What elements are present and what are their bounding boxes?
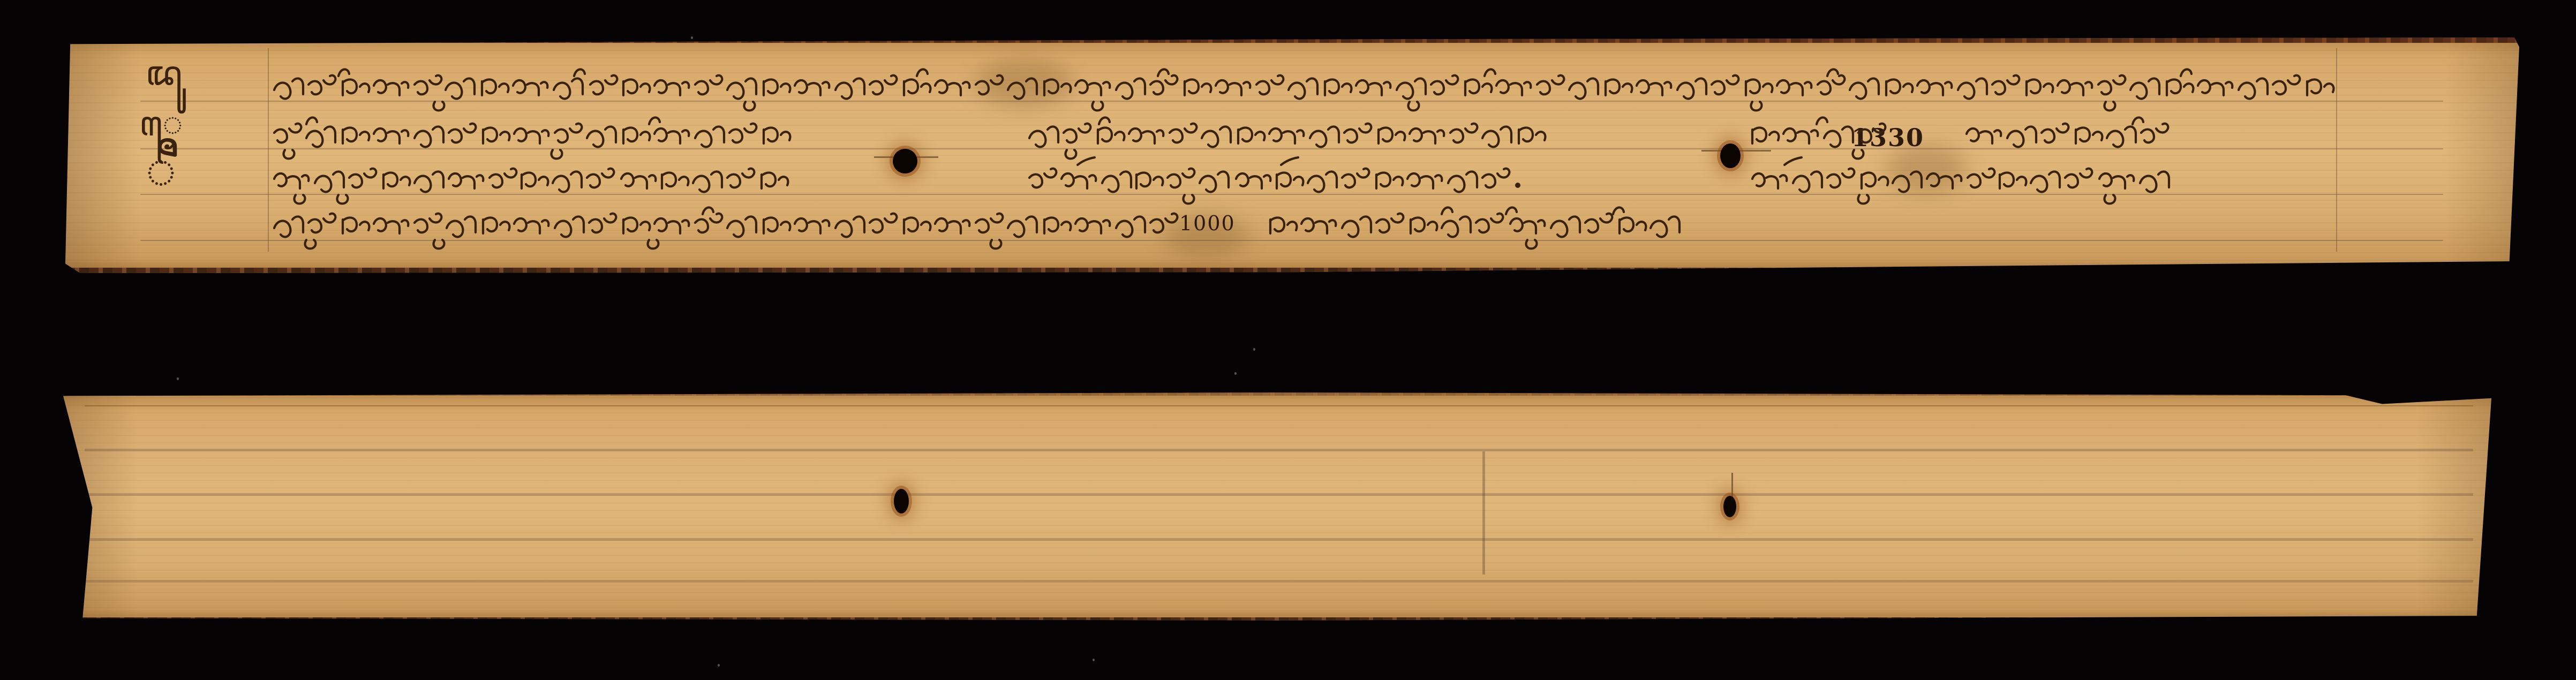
script-line-2 [274,117,2168,158]
script-line-4 [274,207,1679,248]
dust-speck [177,377,179,380]
ghost-ruling-line [85,493,2473,496]
ghost-ruling-line [85,405,2473,406]
dust-speck [718,664,720,667]
palm-leaf-blank [63,392,2491,623]
binding-hole-right [1723,496,1736,517]
dust-speck [1253,348,1255,351]
script-line-1 [274,69,2333,110]
fold-crease [1482,451,1485,575]
dust-speck [691,36,693,39]
dust-speck [1093,659,1095,661]
script-line-3 [274,157,2169,203]
ghost-ruling-line [85,580,2473,583]
inscribed-text [65,37,2519,273]
binding-hole-left [894,489,909,513]
ghost-ruling-line [85,538,2473,541]
dust-speck [1234,372,1237,375]
palm-leaf-inscribed: ꦢꦸ ꦺ ꦷ 1330 1000 [65,37,2519,273]
full-stop [1515,183,1520,188]
leaf-surface [63,392,2491,623]
ghost-ruling-line [85,449,2473,451]
